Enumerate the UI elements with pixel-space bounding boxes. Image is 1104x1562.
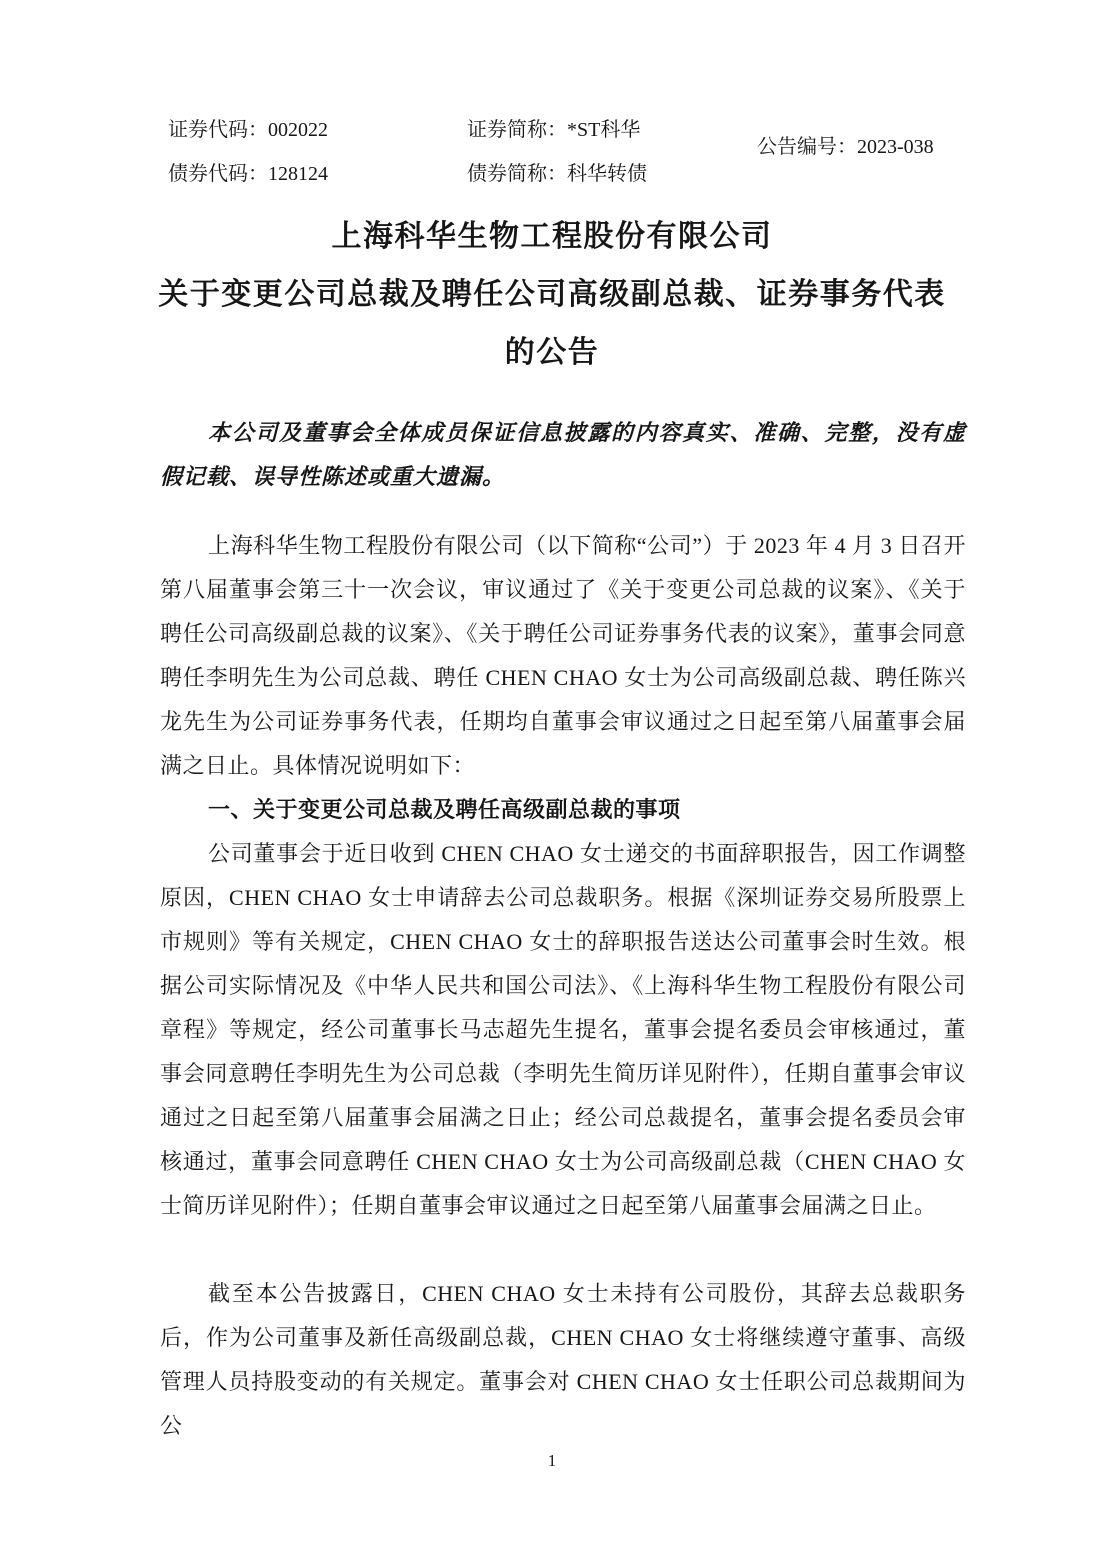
title-company-line: 上海科华生物工程股份有限公司 — [136, 208, 968, 266]
section1-heading: 一、关于变更公司总裁及聘任高级副总裁的事项 — [160, 788, 966, 832]
bond-abbr-value: 科华转债 — [567, 163, 647, 185]
stock-code-label: 证券代码： — [168, 119, 268, 141]
announcement-no-label: 公告编号： — [757, 136, 857, 158]
title-subject-line: 关于变更公司总裁及聘任公司高级副总裁、证券事务代表 — [136, 266, 968, 324]
bond-code-line: 债券代码：128124 — [168, 152, 328, 196]
bond-abbr-label: 债券简称： — [467, 163, 567, 185]
bond-abbr-line: 债券简称：科华转债 — [467, 152, 647, 196]
doc-title: 上海科华生物工程股份有限公司 关于变更公司总裁及聘任公司高级副总裁、证券事务代表… — [136, 208, 968, 382]
section1-paragraph1: 公司董事会于近日收到 CHEN CHAO 女士递交的书面辞职报告，因工作调整原因… — [160, 832, 966, 1228]
announcement-page: 证券代码：002022 债券代码：128124 证券简称：*ST科华 债券简称：… — [0, 0, 1104, 1562]
intro-paragraph: 上海科华生物工程股份有限公司（以下简称“公司”）于 2023 年 4 月 3 日… — [160, 524, 966, 788]
page-number: 1 — [0, 1450, 1104, 1472]
section1-paragraph2: 截至本公告披露日，CHEN CHAO 女士未持有公司股份，其辞去总裁职务后，作为… — [160, 1272, 966, 1448]
bond-code-value: 128124 — [268, 163, 328, 185]
announcement-no-value: 2023-038 — [857, 136, 934, 158]
header-codes-column: 证券代码：002022 债券代码：128124 — [168, 108, 328, 196]
header-names-column: 证券简称：*ST科华 债券简称：科华转债 — [467, 108, 647, 196]
bond-code-label: 债券代码： — [168, 163, 268, 185]
title-suffix-line: 的公告 — [136, 324, 968, 382]
header-announcement-no-column: 公告编号：2023-038 — [757, 125, 934, 169]
stock-abbr-label: 证券简称： — [467, 119, 567, 141]
stock-code-value: 002022 — [268, 119, 328, 141]
stock-abbr-value: *ST科华 — [567, 119, 640, 141]
announcement-no-line: 公告编号：2023-038 — [757, 125, 934, 169]
stock-code-line: 证券代码：002022 — [168, 108, 328, 152]
stock-abbr-line: 证券简称：*ST科华 — [467, 108, 647, 152]
disclaimer-paragraph: 本公司及董事会全体成员保证信息披露的内容真实、准确、完整，没有虚假记载、误导性陈… — [160, 411, 966, 499]
